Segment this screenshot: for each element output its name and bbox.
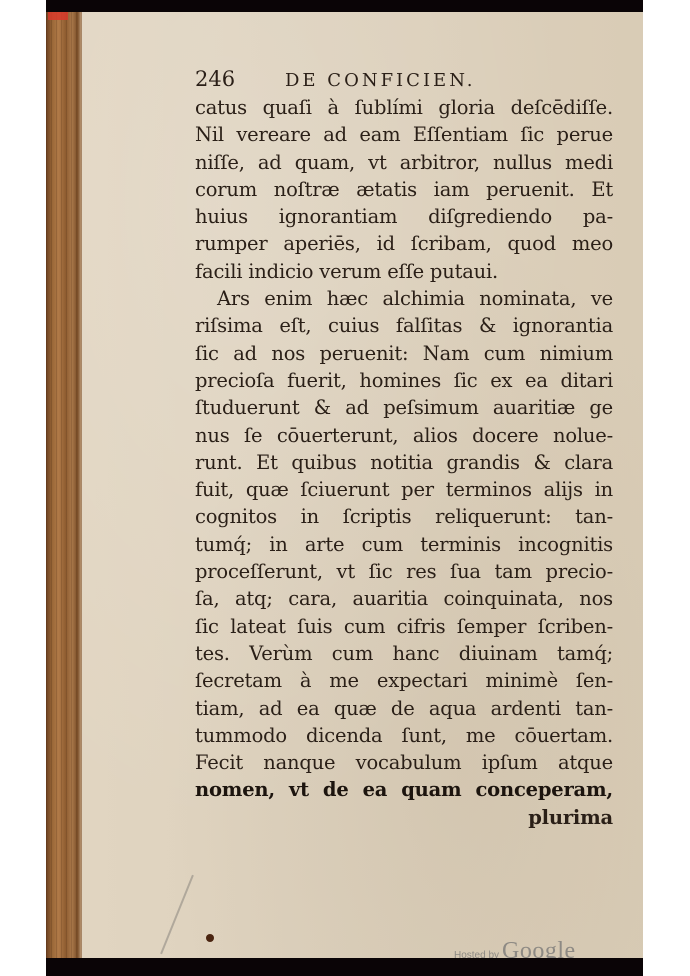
text-line: tummodo dicenda ſunt, me cōuertam.	[195, 722, 613, 749]
spine-texture	[46, 12, 82, 958]
text-line: ſtuduerunt & ad peſsimum auaritiæ ge	[195, 394, 613, 421]
google-logo: Google	[502, 938, 576, 958]
text-line: precioſa fuerit, homines ſic ex ea ditar…	[195, 367, 613, 394]
text-line: niſſe, ad quam, vt arbitror, nullus medi	[195, 149, 613, 176]
paragraph-start-line: Ars enim hæc alchimia nominata, ve	[195, 285, 613, 312]
book-page: 246 DE CONFICIEN. catus quaſi à ſublími …	[46, 12, 643, 958]
text-line: cognitos in ſcriptis reliquerunt: tan-	[195, 503, 613, 530]
text-line: ſecretam à me expectari minimè ſen-	[195, 667, 613, 694]
ink-blot	[206, 934, 214, 942]
text-line: tes. Verùm cum hanc diuinam tamq́;	[195, 640, 613, 667]
text-line: tumq́; in arte cum terminis incognitis	[195, 531, 613, 558]
text-line: runt. Et quibus notitia grandis & clara	[195, 449, 613, 476]
text-line: corum noſtræ ætatis iam peruenit. Et	[195, 176, 613, 203]
color-marker	[48, 12, 68, 20]
text-line: Nil vereare ad eam Eſſentiam ſic perue	[195, 121, 613, 148]
text-line: facili indicio verum eſſe putaui.	[195, 258, 613, 285]
text-line: ſic lateat ſuis cum cifris ſemper ſcribe…	[195, 613, 613, 640]
text-line: huius ignorantiam diſgrediendo pa-	[195, 203, 613, 230]
text-line: nus ſe cōuerterunt, alios docere nolue-	[195, 422, 613, 449]
running-head: 246 DE CONFICIEN.	[195, 64, 613, 94]
text-block: 246 DE CONFICIEN. catus quaſi à ſublími …	[195, 64, 613, 831]
text-line: ſic ad nos peruenit: Nam cum nimium	[195, 340, 613, 367]
text-line: ſa, atq; cara, auaritia coinquinata, nos	[195, 585, 613, 612]
text-line: fuit, quæ ſciuerunt per terminos alijs i…	[195, 476, 613, 503]
google-watermark: Hosted by Google	[454, 938, 576, 958]
book-spine	[46, 12, 82, 958]
text-line: catus quaſi à ſublími gloria deſcēdiſſe.	[195, 94, 613, 121]
hosted-by-label: Hosted by	[454, 950, 499, 958]
text-line: Fecit nanque vocabulum ipſum atque	[195, 749, 613, 776]
scan-frame: 246 DE CONFICIEN. catus quaſi à ſublími …	[46, 0, 643, 976]
text-line: nomen, vt de ea quam conceperam,	[195, 776, 613, 803]
page-number: 246	[195, 64, 285, 94]
text-line: proceſſerunt, vt ſic res ſua tam precio-	[195, 558, 613, 585]
text-line: tiam, ad ea quæ de aqua ardenti tan-	[195, 695, 613, 722]
running-head-title: DE CONFICIEN.	[285, 66, 476, 96]
text-line: rumper aperiēs, id ſcribam, quod meo	[195, 230, 613, 257]
catchword: plurima	[195, 804, 613, 831]
text-line: riſsima eſt, cuius falſitas & ignorantia	[195, 312, 613, 339]
